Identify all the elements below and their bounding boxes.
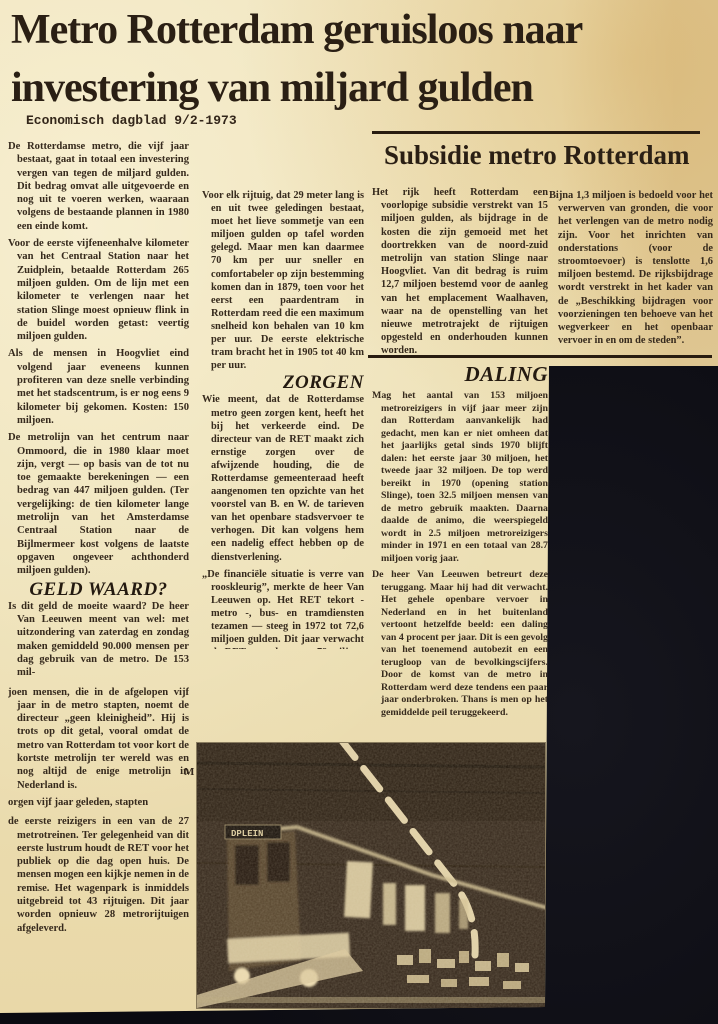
paragraph: De Rotterdamse metro, die vijf jaar best… (8, 140, 189, 233)
paragraph: Voor elk rijtuig, dat 29 meter lang is e… (202, 189, 364, 372)
daling-column: Mag het aantal van 153 miljoen metroreiz… (372, 390, 548, 742)
column-fragment: M (184, 766, 194, 778)
paragraph: De metrolijn van het centrum naar Ommoor… (8, 431, 189, 577)
dateline: Economisch dagblad 9/2-1973 (26, 113, 237, 128)
paragraph: De heer Van Leeuwen betreurt deze terugg… (372, 569, 548, 719)
paragraph: de eerste reizigers in een van de 27 met… (8, 815, 189, 935)
section-heading-zorgen: ZORGEN (202, 376, 364, 389)
metro-photo-illustration: DPLEIN (197, 743, 545, 1008)
paragraph: Als de mensen in Hoogvliet eind volgend … (8, 347, 189, 427)
section-heading-daling: DALING (372, 362, 548, 387)
subsidie-column-right: Bijna 1,3 miljoen is bedoeld voor het ve… (549, 189, 713, 359)
photo-grain-overlay (197, 743, 545, 1008)
subsidie-column-left: Het rijk heeft Rotterdam een voorlopige … (372, 186, 548, 358)
scanned-newspaper-page: Metro Rotterdam geruisloos naar invester… (0, 0, 718, 1024)
column-2: Voor elk rijtuig, dat 29 meter lang is e… (202, 189, 364, 649)
paragraph: Bijna 1,3 miljoen is bedoeld voor het ve… (549, 189, 713, 347)
headline-rule (372, 131, 700, 134)
headline-line-1: Metro Rotterdam geruisloos naar (11, 8, 711, 52)
paragraph: joen mensen, die in de afgelopen vijf ja… (8, 686, 189, 792)
newspaper-clipping: Metro Rotterdam geruisloos naar invester… (0, 0, 718, 1024)
paragraph: Het rijk heeft Rotterdam een voorlopige … (372, 186, 548, 358)
paragraph: Voor de eerste vijfeneenhalve kilometer … (8, 237, 189, 343)
paragraph: orgen vijf jaar geleden, stapten (8, 796, 189, 809)
headline-line-2: investering van miljard gulden (11, 66, 711, 110)
section-heading-geld-waard: GELD WAARD? (8, 583, 189, 596)
subsidie-headline: Subsidie metro Rotterdam (384, 140, 714, 171)
paragraph: Mag het aantal van 153 miljoen metroreiz… (372, 390, 548, 565)
paragraph: „De financiële situatie is verre van roo… (202, 568, 364, 649)
paragraph: Is dit geld de moeite waard? De heer Van… (8, 600, 189, 680)
subsidie-rule (368, 355, 712, 358)
metro-photo: DPLEIN (197, 743, 545, 1008)
column-1: De Rotterdamse metro, die vijf jaar best… (8, 140, 189, 1018)
paragraph: Wie meent, dat de Rotterdamse metro geen… (202, 393, 364, 563)
